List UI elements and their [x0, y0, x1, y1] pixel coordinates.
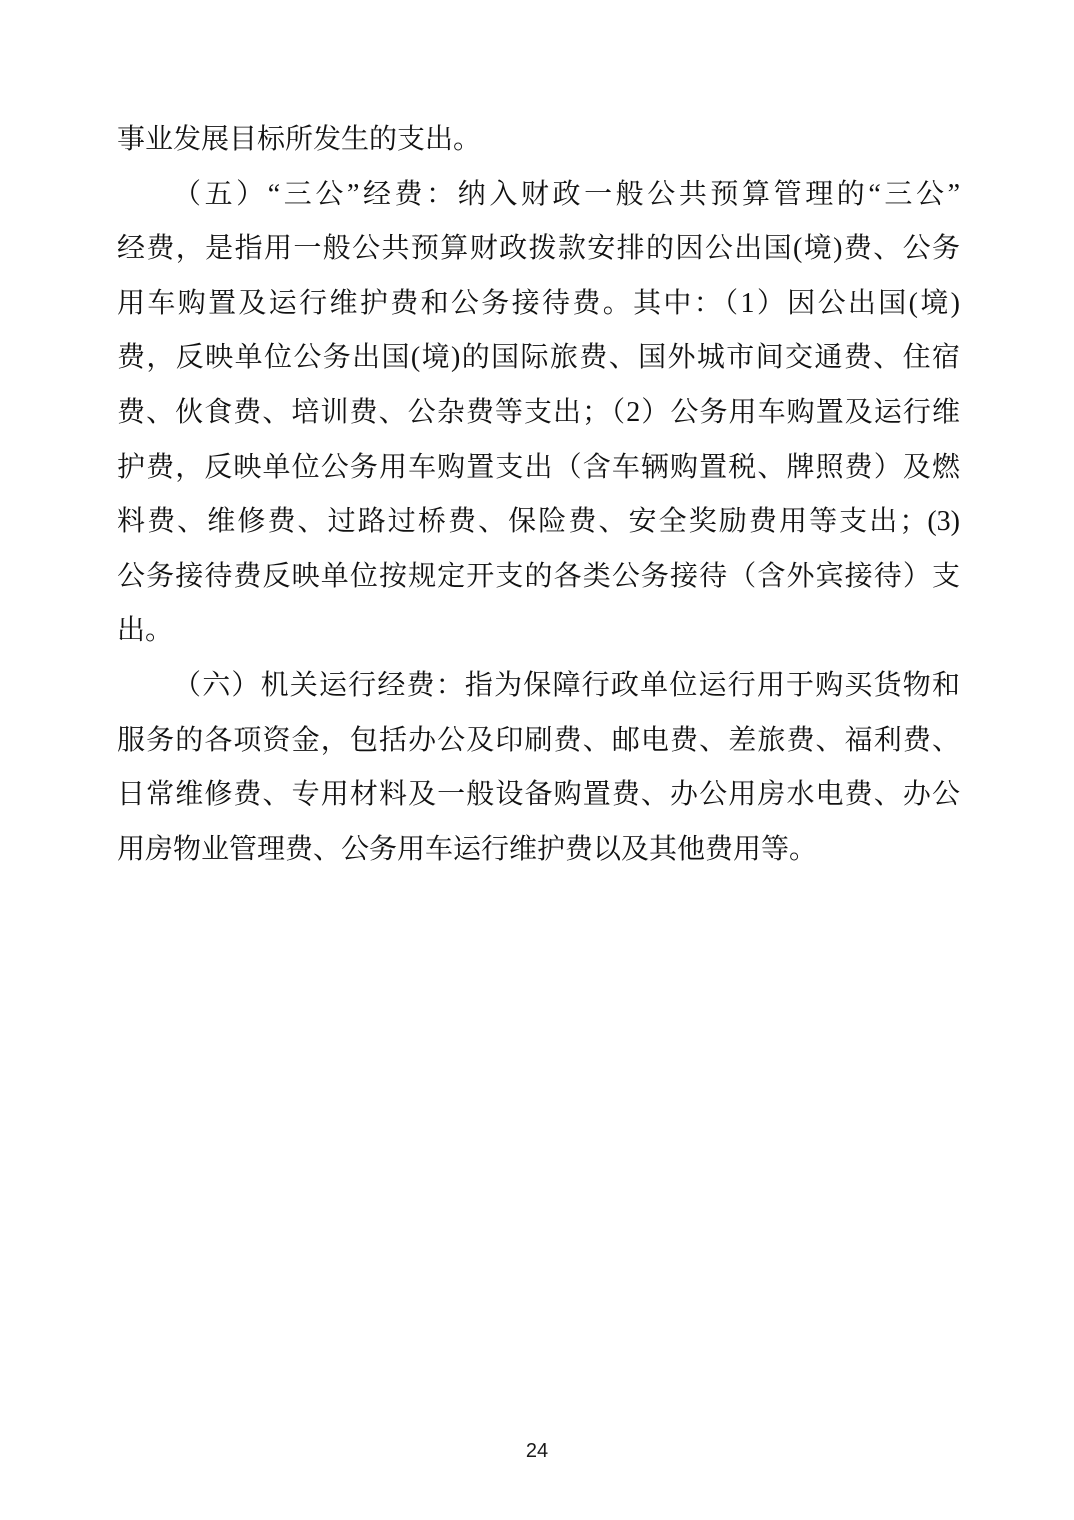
text-line: 料费、维修费、过路过桥费、保险费、安全奖励费用等支出；(3)	[117, 495, 960, 550]
text-line: 护费，反映单位公务用车购置支出（含车辆购置税、牌照费）及燃	[117, 441, 960, 496]
text-line: 用车购置及运行维护费和公务接待费。其中：（1）因公出国(境)	[117, 277, 960, 332]
text-line: 服务的各项资金，包括办公及印刷费、邮电费、差旅费、福利费、	[117, 714, 960, 769]
text-line: 事业发展目标所发生的支出。	[117, 113, 960, 168]
text-line: 公务接待费反映单位按规定开支的各类公务接待（含外宾接待）支	[117, 550, 960, 605]
text-line: 经费，是指用一般公共预算财政拨款安排的因公出国(境)费、公务	[117, 222, 960, 277]
text-line: 费，反映单位公务出国(境)的国际旅费、国外城市间交通费、住宿	[117, 331, 960, 386]
body-text: 事业发展目标所发生的支出。 （五）“三公”经费：纳入财政一般公共预算管理的“三公…	[117, 113, 960, 877]
text-line: 用房物业管理费、公务用车运行维护费以及其他费用等。	[117, 823, 960, 878]
text-line: （五）“三公”经费：纳入财政一般公共预算管理的“三公”	[117, 168, 960, 223]
text-line: （六）机关运行经费：指为保障行政单位运行用于购买货物和	[117, 659, 960, 714]
page-number: 24	[0, 1440, 1074, 1463]
text-line: 费、伙食费、培训费、公杂费等支出；（2）公务用车购置及运行维	[117, 386, 960, 441]
text-line: 日常维修费、专用材料及一般设备购置费、办公用房水电费、办公	[117, 768, 960, 823]
text-line: 出。	[117, 604, 960, 659]
document-page: 事业发展目标所发生的支出。 （五）“三公”经费：纳入财政一般公共预算管理的“三公…	[0, 0, 1074, 1520]
